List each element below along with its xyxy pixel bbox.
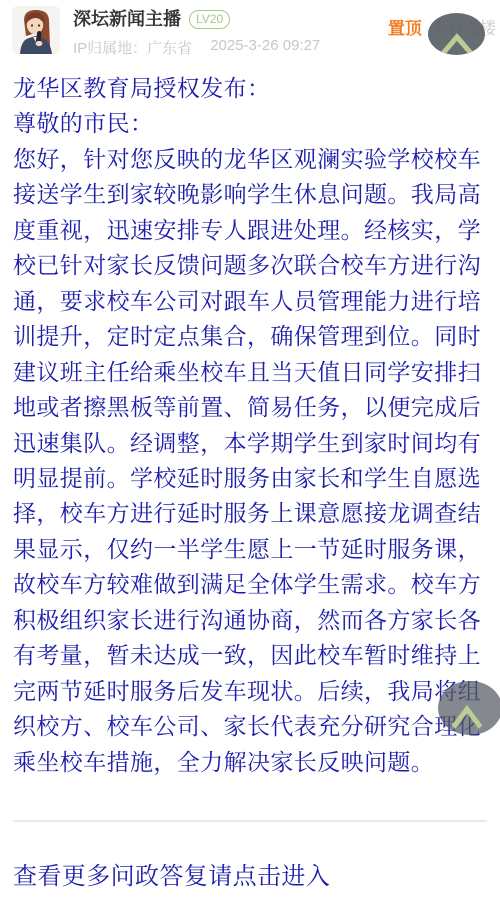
chevron-up-icon [447,697,493,735]
user-avatar[interactable] [12,6,60,54]
chevron-up-icon [435,25,479,55]
post-body-text: 龙华区教育局授权发布： 尊敬的市民： 您好，针对您反映的龙华区观澜实验学校校车 … [13,71,494,780]
back-to-top-button-secondary[interactable] [438,681,500,735]
news-anchor-avatar-image [12,6,60,54]
ip-location: IP归属地：广东省 [73,37,192,58]
back-to-top-button[interactable] [428,13,485,55]
user-info-block: 深坛新闻主播 LV20 IP归属地：广东省 2025-3-26 09:27 [73,8,320,58]
username[interactable]: 深坛新闻主播 [73,8,181,30]
section-divider [13,820,487,822]
pinned-badge: 置顶 [388,14,422,39]
forum-post-page: { "header": { "username": "深坛新闻主播", "lev… [0,0,500,903]
more-replies-link[interactable]: 查看更多问政答复请点击进入 [13,856,330,891]
post-timestamp: 2025-3-26 09:27 [210,37,320,58]
post-meta-row: IP归属地：广东省 2025-3-26 09:27 [73,37,320,58]
user-level-badge: LV20 [189,10,230,29]
post-header: 深坛新闻主播 LV20 IP归属地：广东省 2025-3-26 09:27 置顶… [0,0,500,62]
